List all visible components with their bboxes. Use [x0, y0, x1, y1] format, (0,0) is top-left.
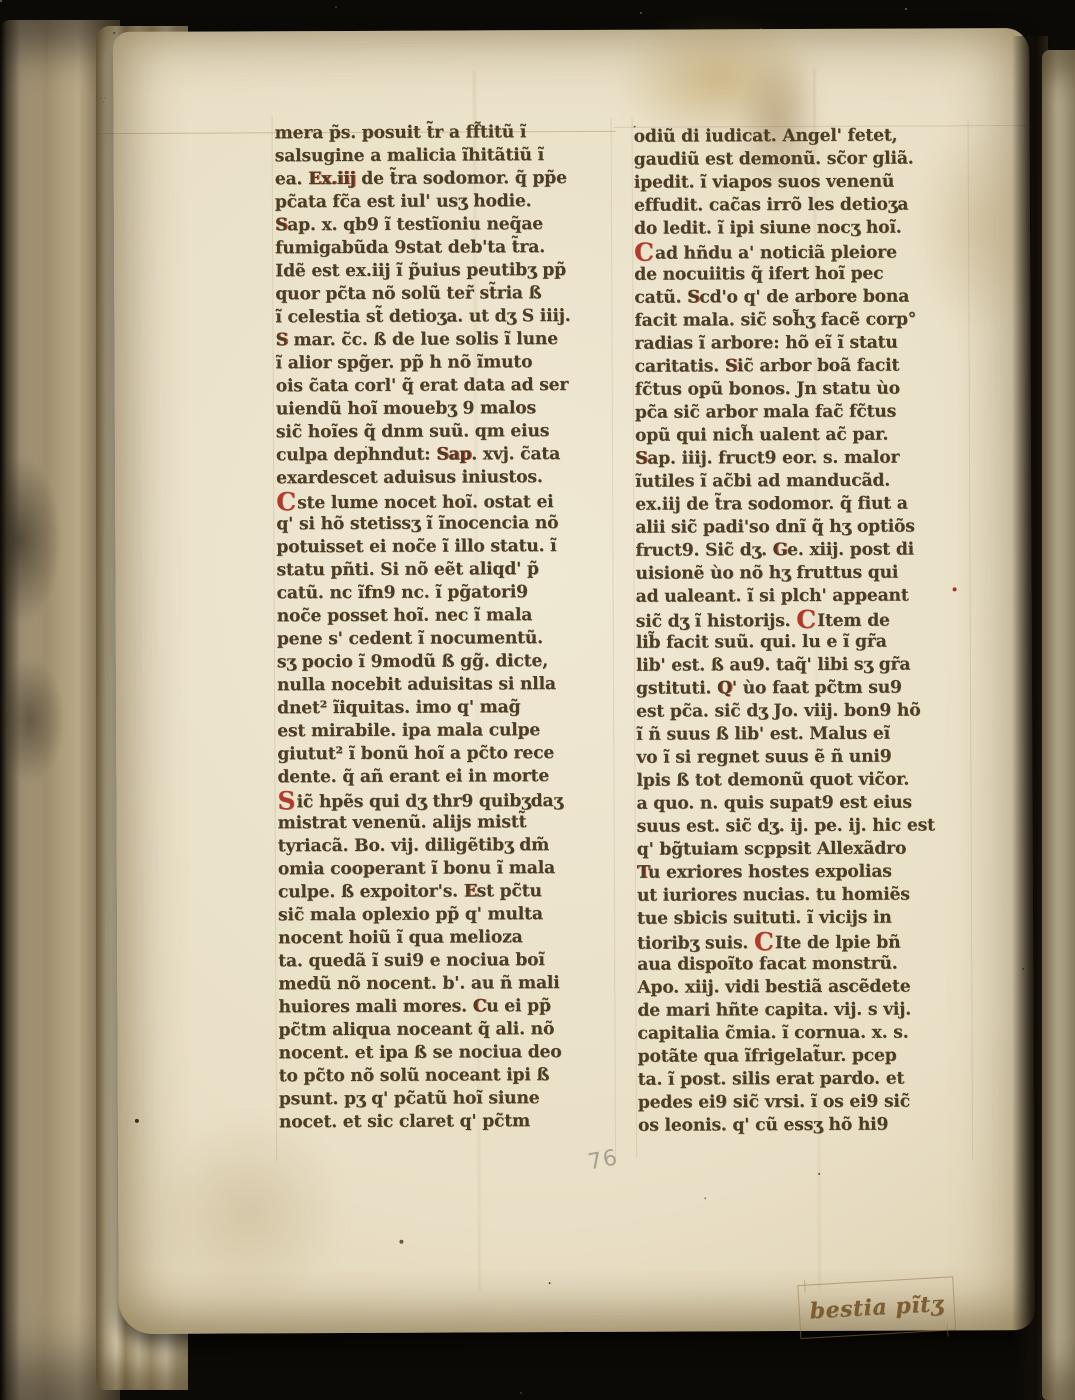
text-segment: Ite de lpie bñ: [775, 933, 901, 954]
text-line: potãte qua ĩfrigelat̃ur. pcep: [638, 1044, 976, 1068]
text-segment: nocet. et sic claret q' pc̃tm: [279, 1111, 530, 1132]
text-line: ex.iij de t̃ra sodomor. q̃ fiut a: [635, 492, 973, 516]
text-line: nulla nocebit aduisitas si nlla: [277, 673, 617, 697]
text-line: medũ nõ nocent. b'. au ñ mali: [278, 972, 618, 996]
text-segment: to pc̃to nõ solũ noceant ipi ß: [279, 1065, 550, 1086]
text-segment: dente. q̃ añ erant ei in morte: [277, 766, 549, 787]
text-line: q' bg̃tuiam scppsit Allexãdro: [637, 837, 975, 861]
text-segment: mera p̃s. posuit t̃r a ff̃titũ ĩ: [275, 122, 527, 143]
text-segment: dnet² ĩiquitas. imo q' mag̃: [277, 697, 520, 718]
text-segment: u ei pp̃: [486, 996, 551, 1016]
text-line: giutut² ĩ bonũ hoĩ a pc̃to rece: [277, 742, 617, 766]
text-line: ĩutiles ĩ ac̃bi ad manducãd.: [635, 469, 973, 493]
text-segment: uisionẽ ùo nõ hʒ fruttus qui: [635, 563, 898, 584]
text-line: nocent hoiũ ĩ qua melioza: [278, 926, 618, 950]
text-segment: mar. c̃c. ß de lue solis ĩ lune: [288, 329, 558, 350]
text-line: nocet. et sic claret q' pc̃tm: [279, 1110, 619, 1134]
text-segment: ta. ĩ post. silis erat pardo. et: [638, 1069, 905, 1090]
text-line: lib̃ facit suũ. qui. lu e ĩ gr̃a: [636, 630, 974, 654]
text-line: sʒ pocio ĩ 9modũ ß gg̃. dicte,: [277, 650, 617, 674]
text-line: salsugine a malicia ĩhitãtiũ ĩ: [275, 144, 615, 168]
rubric-initial: C: [754, 927, 773, 956]
text-segment: effudit. cac̃as irrõ les detioʒa: [634, 195, 908, 216]
text-segment: e. xiij. post di: [787, 540, 914, 561]
text-line: ipedit. ĩ viapos suos venenũ: [634, 170, 972, 194]
text-segment: suus est. sic̃ dʒ. ij. pe. ij. hic est: [637, 815, 935, 836]
text-line: dente. q̃ añ erant ei in morte: [277, 765, 617, 789]
text-line: do ledit. ĩ ipi siune nocʒ hoĩ.: [634, 216, 972, 240]
text-line: tioribʒ suis. CIte de lpie bñ: [637, 929, 975, 953]
text-line: ta. ĩ post. silis erat pardo. et: [638, 1067, 976, 1091]
text-segment: ap. iiij. fruct9 eor. s. malor: [647, 448, 899, 469]
text-line: Cste lume nocet hoĩ. ostat ei: [276, 489, 616, 513]
text-segment: catũ.: [634, 288, 687, 308]
text-segment: de nocuiitis q̃ ifert hoĩ pec: [634, 264, 883, 285]
text-line: fc̃tus opũ bonos. Jn statu ùo: [635, 377, 973, 401]
manuscript-photo: ∵ mera p̃s. posuit t̃r a ff̃titũ ĩsalsug…: [0, 0, 1075, 1400]
text-segment: S: [687, 287, 699, 307]
text-line: S mar. c̃c. ß de lue solis ĩ lune: [275, 328, 615, 352]
text-line: huiores mali mores. Cu ei pp̃: [278, 995, 618, 1019]
text-segment: lib' est. ß au9. taq̃' libi sʒ gr̃a: [636, 655, 910, 676]
text-segment: pene s' cedent ĩ nocumentũ.: [277, 628, 543, 649]
text-line: Sap. iiij. fruct9 eor. s. malor: [635, 446, 973, 470]
text-segment: ap. x. qb9 ĩ testĩoniu neq̃ae: [287, 214, 543, 235]
text-line: Tu exriores hostes expolias: [637, 860, 975, 884]
text-segment: ic̃ arbor boã facit: [737, 356, 899, 377]
text-segment: Ex.iij: [308, 169, 356, 189]
text-segment: ĩ ñ suus ß lib' est. Malus eĩ: [636, 724, 890, 745]
text-segment: salsugine a malicia ĩhitãtiũ ĩ: [275, 145, 544, 166]
text-line: culpe. ß expoitor's. Est pc̃tu: [278, 880, 618, 904]
text-line: uiendũ hoĩ mouebʒ 9 malos: [276, 397, 616, 421]
text-segment: gstituti.: [636, 678, 717, 698]
text-segment: ut iuriores nucias. tu homiẽs: [637, 885, 910, 906]
text-segment: nocent hoiũ ĩ qua melioza: [278, 927, 523, 948]
text-segment: sic̃ mala oplexio pp̃ q' multa: [278, 904, 543, 925]
text-line: alii sic̃ padi'so dnĩ q̃ hʒ optiõs: [635, 515, 973, 539]
text-segment: pc̃tm aliqua noceant q̃ ali. nõ: [278, 1019, 554, 1040]
marginal-note-text: bestia pĩtʒ: [809, 1291, 944, 1325]
text-segment: pedes ei9 sic̃ vrsi. ĩ os ei9 sic̃: [638, 1092, 910, 1113]
text-segment: st pc̃tu: [477, 881, 542, 901]
text-line: ĩ ñ suus ß lib' est. Malus eĩ: [636, 722, 974, 746]
text-segment: pc̃a sic̃ arbor mala fac̃ fc̃tus: [635, 402, 896, 423]
text-segment: ipedit. ĩ viapos suos venenũ: [634, 172, 894, 193]
text-line: fruct9. Sic̃ dʒ. Ge. xiij. post di: [635, 538, 973, 562]
text-segment: catũ. nc ĩfn9 nc. ĩ pg̃atori9: [277, 582, 528, 603]
text-segment: ois c̃ata corl' q̃ erat data ad ser: [276, 375, 569, 396]
text-segment: quor pc̃ta nõ solũ ter̃ st̃ria ß: [275, 283, 541, 304]
text-segment: vo ĩ si regnet suus ẽ ñ uni9: [636, 747, 891, 768]
text-segment: culpa dephndut:: [276, 445, 436, 466]
text-segment: omia cooperant ĩ bonu ĩ mala: [278, 858, 555, 879]
text-segment: ĩ alior spg̃er. pp̃ h nõ ĩmuto: [276, 352, 533, 373]
text-segment: exardescet aduisus iniustos.: [276, 467, 543, 488]
text-segment: Apo. xiij. vidi bestiã ascẽdete: [637, 977, 910, 998]
manuscript-page: ∵ mera p̃s. posuit t̃r a ff̃titũ ĩsalsug…: [113, 28, 1035, 1334]
text-segment: odiũ di iudicat. Angel' fetet,: [634, 126, 898, 147]
text-segment: T: [637, 863, 648, 883]
text-segment: ĩ celestia st̃ detioʒa. ut dʒ S iiij.: [275, 306, 570, 327]
text-line: tue sbicis suituti. ĩ vicijs in: [637, 906, 975, 930]
text-line: ĩ celestia st̃ detioʒa. ut dʒ S iiij.: [275, 305, 615, 329]
text-line: pedes ei9 sic̃ vrsi. ĩ os ei9 sic̃: [638, 1090, 976, 1114]
text-segment: capitalia c̃mia. ĩ cornua. x. s.: [637, 1023, 908, 1044]
text-line: caritatis. Sic̃ arbor boã facit: [635, 354, 973, 378]
marginal-note-box: bestia pĩtʒ: [797, 1276, 956, 1339]
text-segment: ad ualeant. ĩ si plch' appeant: [636, 586, 909, 607]
text-line: pene s' cedent ĩ nocumentũ.: [277, 627, 617, 651]
text-line: culpa dephndut: Sap. xvj. c̃ata: [276, 443, 616, 467]
text-line: gaudiũ est demonũ. sc̃or gliã.: [634, 147, 972, 171]
text-column-right: odiũ di iudicat. Angel' fetet,gaudiũ est…: [634, 124, 976, 1137]
rubric-initial: S: [277, 786, 294, 815]
facing-page-edge: [1042, 50, 1075, 1400]
text-line: a quo. n. quis supat9 est eius: [636, 791, 974, 815]
text-segment: a quo. n. quis supat9 est eius: [636, 793, 911, 814]
text-segment: ' ùo faat pc̃tm su9: [732, 678, 902, 699]
text-line: odiũ di iudicat. Angel' fetet,: [634, 124, 972, 148]
text-segment: ĩutiles ĩ ac̃bi ad manducãd.: [635, 471, 890, 492]
text-segment: opũ qui nich̃ ualent ac̃ par.: [635, 425, 888, 446]
text-segment: S: [635, 449, 647, 469]
text-line: sic̃ dʒ ĩ historijs. CItem de: [636, 607, 974, 631]
text-line: de mari hñte capita. vij. s vij.: [637, 998, 975, 1022]
text-segment: alii sic̃ padi'so dnĩ q̃ hʒ optiõs: [635, 517, 915, 538]
text-line: exardescet aduisus iniustos.: [276, 466, 616, 490]
text-line: pc̃tm aliqua noceant q̃ ali. nõ: [278, 1018, 618, 1042]
text-line: Cad hñdu a' noticiã pleiore: [634, 239, 972, 263]
text-segment: tioribʒ suis.: [637, 933, 754, 954]
text-line: mera p̃s. posuit t̃r a ff̃titũ ĩ: [275, 121, 615, 145]
text-line: catũ. Scd'o q' de arbore bona: [634, 285, 972, 309]
text-line: catũ. nc ĩfn9 nc. ĩ pg̃atori9: [277, 581, 617, 605]
foxing-specks: [113, 32, 115, 34]
text-segment: do ledit. ĩ ipi siune nocʒ hoĩ.: [634, 218, 902, 239]
text-segment: E: [464, 881, 477, 901]
text-line: ois c̃ata corl' q̃ erat data ad ser: [276, 374, 616, 398]
text-segment: ta. quedã ĩ sui9 e nociua boĩ: [278, 950, 545, 971]
text-segment: q' si hõ stetissʒ ĩ ĩnocencia nõ: [276, 513, 558, 534]
text-segment: cd'o q' de arbore bona: [699, 287, 909, 308]
text-line: gstituti. Q' ùo faat pc̃tm su9: [636, 676, 974, 700]
text-line: facit mala. sic̃ soh̃ʒ facẽ corp°: [634, 308, 972, 332]
text-segment: giutut² ĩ bonũ hoĩ a pc̃to rece: [277, 743, 554, 764]
text-segment: q' bg̃tuiam scppsit Allexãdro: [637, 839, 907, 860]
text-segment: nulla nocebit aduisitas si nlla: [277, 674, 556, 695]
text-segment: aua dispoĩto facat monstrũ.: [637, 954, 897, 975]
text-line: Sic̃ hpẽs qui dʒ thr9 quibʒdaʒ: [277, 788, 617, 812]
text-segment: pc̃ata fc̃a est iul' usʒ hodie.: [275, 191, 532, 212]
text-line: mistrat venenũ. alijs mistt̃: [278, 811, 618, 835]
text-segment: . xvj. c̃ata: [471, 444, 560, 464]
text-segment: S: [725, 356, 737, 376]
binding-wear: [0, 420, 80, 840]
text-segment: culpe. ß expoitor's.: [278, 881, 464, 902]
text-segment: potãte qua ĩfrigelat̃ur. pcep: [638, 1046, 897, 1067]
text-line: Idẽ est ex.iij ĩ p̃uius peutibʒ pp̃: [275, 259, 615, 283]
text-line: ea. Ex.iij de t̃ra sodomor. q̃ pp̃e: [275, 167, 615, 191]
text-segment: uiendũ hoĩ mouebʒ 9 malos: [276, 398, 536, 419]
text-segment: fruct9. Sic̃ dʒ.: [635, 540, 772, 561]
rubric-initial: C: [634, 238, 653, 267]
text-line: de nocuiitis q̃ ifert hoĩ pec: [634, 262, 972, 286]
text-line: dnet² ĩiquitas. imo q' mag̃: [277, 696, 617, 720]
text-segment: lib̃ facit suũ. qui. lu e ĩ gr̃a: [636, 632, 887, 653]
text-segment: Sap: [436, 444, 471, 464]
text-segment: Item de: [817, 611, 890, 631]
text-line: radias ĩ arbore: hõ eĩ ĩ statu: [634, 331, 972, 355]
rubric-initial: C: [276, 487, 295, 516]
text-line: nocent. et ipa ß se nociua deo: [279, 1041, 619, 1065]
text-line: Sap. x. qb9 ĩ testĩoniu neq̃ae: [275, 213, 615, 237]
text-segment: est pc̃a. sic̃ dʒ Jo. viij. bon9 hõ: [636, 700, 920, 721]
text-segment: sic̃ dʒ ĩ historijs.: [636, 611, 797, 632]
text-line: ut iuriores nucias. tu homiẽs: [637, 883, 975, 907]
text-segment: ad hñdu a' noticiã pleiore: [655, 243, 897, 264]
text-line: pc̃a sic̃ arbor mala fac̃ fc̃tus: [635, 400, 973, 424]
text-segment: sic̃ hoĩes q̃ dnm suũ. qm eius: [276, 421, 549, 442]
text-segment: os leonis. q' cũ essʒ hõ hi9: [638, 1115, 888, 1136]
text-line: psunt. pʒ q' pc̃atũ hoĩ siune: [279, 1087, 619, 1111]
text-line: lib' est. ß au9. taq̃' libi sʒ gr̃a: [636, 653, 974, 677]
text-segment: medũ nõ nocent. b'. au ñ mali: [278, 973, 559, 994]
text-line: sic̃ mala oplexio pp̃ q' multa: [278, 903, 618, 927]
text-segment: statu pñti. Si nõ eẽt aliqd' p̃: [276, 559, 538, 580]
text-segment: ex.iij de t̃ra sodomor. q̃ fiut a: [635, 494, 908, 515]
text-segment: caritatis.: [635, 356, 725, 376]
text-segment: radias ĩ arbore: hõ eĩ ĩ statu: [634, 333, 897, 354]
text-segment: S: [275, 215, 287, 235]
text-line: uisionẽ ùo nõ hʒ fruttus qui: [635, 561, 973, 585]
text-segment: Idẽ est ex.iij ĩ p̃uius peutibʒ pp̃: [275, 260, 566, 281]
text-line: sic̃ hoĩes q̃ dnm suũ. qm eius: [276, 420, 616, 444]
text-line: effudit. cac̃as irrõ les detioʒa: [634, 193, 972, 217]
text-line: capitalia c̃mia. ĩ cornua. x. s.: [637, 1021, 975, 1045]
text-line: os leonis. q' cũ essʒ hõ hi9: [638, 1113, 976, 1137]
text-line: aua dispoĩto facat monstrũ.: [637, 952, 975, 976]
text-segment: fc̃tus opũ bonos. Jn statu ùo: [635, 379, 900, 400]
text-segment: G: [773, 540, 788, 560]
text-line: lpis ß tot demonũ quot vic̃or.: [636, 768, 974, 792]
text-line: tyriacã. Bo. vij. diligẽtibʒ dm̃: [278, 834, 618, 858]
text-segment: fumigabũda 9stat deb'ta t̃ra.: [275, 237, 545, 258]
rubric-initial: C: [796, 605, 815, 634]
folio-number: 76: [586, 1145, 620, 1175]
text-line: quor pc̃ta nõ solũ ter̃ st̃ria ß: [275, 282, 615, 306]
text-segment: potuisset ei noc̃e ĩ illo statu. ĩ: [276, 536, 556, 557]
text-segment: de mari hñte capita. vij. s vij.: [637, 1000, 911, 1021]
text-segment: lpis ß tot demonũ quot vic̃or.: [636, 770, 909, 791]
text-segment: tue sbicis suituti. ĩ vicijs in: [637, 908, 892, 929]
text-segment: de t̃ra sodomor. q̃ pp̃e: [355, 168, 566, 189]
backdrop-dust: [0, 0, 2, 2]
text-line: opũ qui nich̃ ualent ac̃ par.: [635, 423, 973, 447]
text-segment: tyriacã. Bo. vij. diligẽtibʒ dm̃: [278, 835, 549, 856]
text-line: statu pñti. Si nõ eẽt aliqd' p̃: [276, 558, 616, 582]
text-line: noc̃e posset hoĩ. nec ĩ mala: [277, 604, 617, 628]
text-segment: facit mala. sic̃ soh̃ʒ facẽ corp°: [634, 310, 916, 331]
text-segment: noc̃e posset hoĩ. nec ĩ mala: [277, 605, 533, 626]
text-line: vo ĩ si regnet suus ẽ ñ uni9: [636, 745, 974, 769]
text-line: pc̃ata fc̃a est iul' usʒ hodie.: [275, 190, 615, 214]
text-segment: nocent. et ipa ß se nociua deo: [279, 1042, 562, 1063]
text-segment: C: [473, 996, 487, 1016]
quire-mark: ∵: [99, 94, 107, 107]
text-segment: Q: [717, 678, 732, 698]
text-line: q' si hõ stetissʒ ĩ ĩnocencia nõ: [276, 512, 616, 536]
text-line: fumigabũda 9stat deb'ta t̃ra.: [275, 236, 615, 260]
text-line: suus est. sic̃ dʒ. ij. pe. ij. hic est: [637, 814, 975, 838]
text-line: Apo. xiij. vidi bestiã ascẽdete: [637, 975, 975, 999]
text-segment: ste lume nocet hoĩ. ostat ei: [297, 492, 554, 513]
text-line: to pc̃to nõ solũ noceant ipi ß: [279, 1064, 619, 1088]
text-segment: psunt. pʒ q' pc̃atũ hoĩ siune: [279, 1088, 540, 1109]
text-segment: est mirabile. ipa mala culpe: [277, 720, 540, 741]
text-line: est pc̃a. sic̃ dʒ Jo. viij. bon9 hõ: [636, 699, 974, 723]
parchment-stain: [148, 1111, 349, 1312]
text-column-left: mera p̃s. posuit t̃r a ff̃titũ ĩsalsugin…: [275, 121, 619, 1134]
text-segment: gaudiũ est demonũ. sc̃or gliã.: [634, 149, 914, 170]
text-line: ĩ alior spg̃er. pp̃ h nõ ĩmuto: [276, 351, 616, 375]
text-segment: mistrat venenũ. alijs mistt̃: [278, 812, 527, 833]
text-line: potuisset ei noc̃e ĩ illo statu. ĩ: [276, 535, 616, 559]
text-segment: u exriores hostes expolias: [648, 862, 892, 883]
text-segment: sʒ pocio ĩ 9modũ ß gg̃. dicte,: [277, 651, 548, 672]
text-segment: ea.: [275, 169, 308, 189]
text-line: omia cooperant ĩ bonu ĩ mala: [278, 857, 618, 881]
text-segment: huiores mali mores.: [278, 996, 472, 1017]
text-segment: ic̃ hpẽs qui dʒ thr9 quibʒdaʒ: [296, 791, 563, 812]
text-line: est mirabile. ipa mala culpe: [277, 719, 617, 743]
text-segment: S: [275, 330, 287, 350]
text-line: ta. quedã ĩ sui9 e nociua boĩ: [278, 949, 618, 973]
